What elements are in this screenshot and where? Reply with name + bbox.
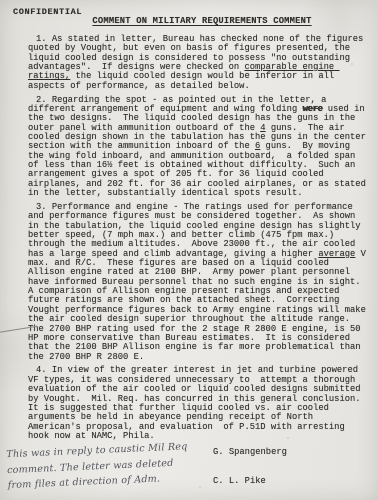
paragraph: 1. As stated in letter, Bureau has check… (28, 35, 366, 91)
paragraph: 4. In view of the greater interest in je… (28, 366, 366, 441)
paragraph-text: guns. By moving the wing fold inboard, a… (28, 141, 371, 198)
page-title: COMMENT ON MILITARY REQUIREMENTS COMMENT (0, 16, 378, 26)
paragraph: 3. Performance and engine - The ratings … (28, 203, 366, 362)
document-body: 1. As stated in letter, Bureau has check… (28, 35, 366, 446)
signature-name: C. L. Pike (213, 476, 287, 486)
paragraph-text: 4. In view of the greater interest in je… (28, 365, 366, 440)
signature-block: G. Spangenberg C. L. Pike (213, 447, 287, 500)
paragraph-text: 2. Regarding the spot - as pointed out i… (28, 95, 332, 114)
paragraph: 2. Regarding the spot - as pointed out i… (28, 96, 366, 199)
signature-name: G. Spangenberg (213, 447, 287, 457)
paragraph-text: the liquid cooled design would be inferi… (28, 71, 339, 90)
paragraph-text: 3. Performance and engine - The ratings … (28, 202, 366, 259)
paragraph-text: V max. and R/C. These figures are based … (28, 249, 371, 362)
handwritten-note: This was in reply to caustic Mil Req com… (6, 439, 198, 494)
document-page: CONFIDENTIAL COMMENT ON MILITARY REQUIRE… (0, 0, 378, 500)
